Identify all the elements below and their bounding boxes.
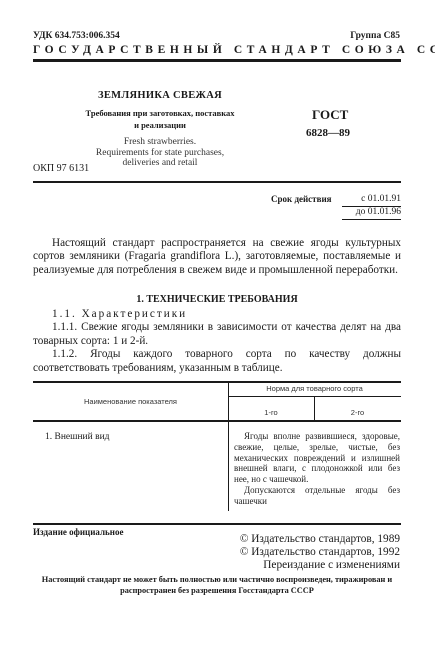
document-subtitle-ru: Требования при заготовках, поставках и р… [60, 107, 260, 131]
intro-paragraph: Настоящий стандарт распространяется на с… [33, 237, 401, 277]
copyright-1989: © Издательство стандартов, 1989 [240, 533, 400, 545]
validity-rule-2 [342, 219, 401, 220]
row-indicator: 1. Внешний вид [45, 432, 109, 442]
document-title: ЗЕМЛЯНИКА СВЕЖАЯ [60, 90, 260, 101]
reissue-note: Переиздание с изменениями [263, 559, 400, 571]
title-block-rule [33, 181, 401, 183]
clause-1-1-2: 1.1.2. Ягоды каждого товарного сорта по … [33, 348, 401, 375]
header-norm: Норма для товарного сорта [228, 384, 401, 393]
subtitle-ru-line-2: и реализации [60, 119, 260, 131]
gost-label: ГОСТ [312, 107, 348, 123]
validity-label: Срок действия [271, 194, 332, 204]
table-top-rule [33, 381, 401, 383]
group-code: Группа С85 [350, 31, 400, 41]
document-title-en: Fresh strawberries. Requirements for sta… [60, 137, 260, 169]
section-title: 1. ТЕХНИЧЕСКИЕ ТРЕБОВАНИЯ [33, 294, 401, 305]
reproduction-notice: Настоящий стандарт не может быть полност… [30, 575, 404, 596]
header-indicator: Наименование показателя [33, 397, 228, 406]
gost-number: 6828—89 [306, 127, 350, 139]
header-grade-2: 2-го [314, 408, 401, 417]
row-value-p1: Ягоды вполне развившиеся, здоровые, свеж… [234, 431, 400, 485]
title-en-line-3: deliveries and retail [60, 158, 260, 169]
table-header-bottom-rule [33, 420, 401, 422]
subtitle-ru-line-1: Требования при заготовках, поставках [60, 107, 260, 119]
row-value-p2: Допускаются отдельные ягоды без чашечки [234, 485, 400, 507]
table-column-divider [228, 381, 229, 511]
row-value: Ягоды вполне развившиеся, здоровые, свеж… [234, 431, 400, 507]
copyright-1992: © Издательство стандартов, 1992 [240, 546, 400, 558]
okp-code: ОКП 97 6131 [33, 163, 89, 174]
official-edition-label: Издание официальное [33, 527, 123, 537]
header-grade-1: 1-го [228, 408, 314, 417]
validity-from: с 01.01.91 [346, 194, 401, 204]
clause-1-1-1: 1.1.1. Свежие ягоды земляники в зависимо… [33, 321, 401, 348]
validity-to: до 01.01.96 [346, 207, 401, 217]
footer-rule [33, 523, 401, 525]
section-body: 1.1. Характеристики 1.1.1. Свежие ягоды … [33, 308, 401, 375]
header-rule [33, 59, 401, 62]
title-en-line-2: Requirements for state purchases, [60, 148, 260, 159]
title-en-line-1: Fresh strawberries. [60, 137, 260, 148]
udk-code: УДК 634.753:006.354 [33, 31, 120, 41]
subsection-heading: 1.1. Характеристики [33, 308, 401, 321]
state-standard-banner: ГОСУДАРСТВЕННЫЙ СТАНДАРТ СОЮЗА ССР [33, 44, 401, 56]
